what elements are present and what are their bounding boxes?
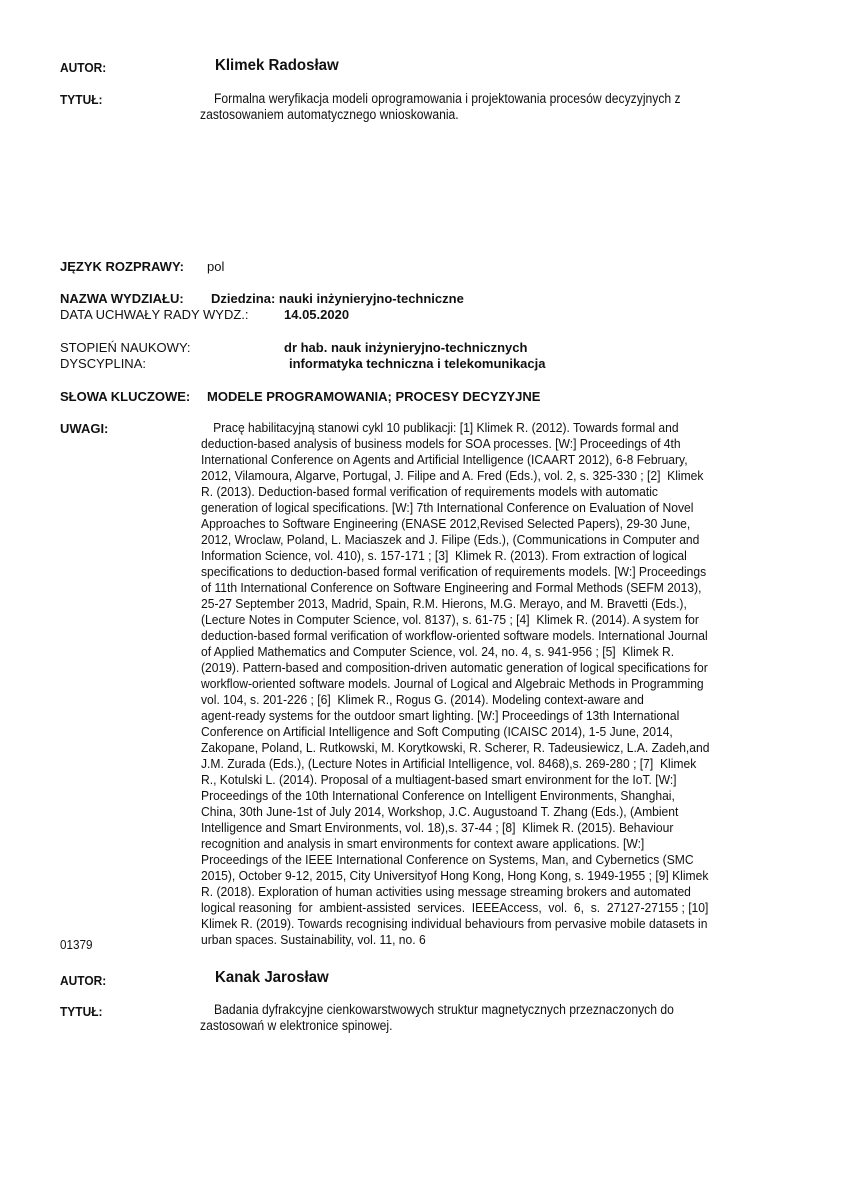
record-number: 01379 — [60, 937, 93, 952]
notes-line: specifications to deduction-based formal… — [201, 564, 759, 580]
keywords-value: MODELE PROGRAMOWANIA; PROCESY DECYZYJNE — [207, 389, 540, 404]
title-line-1: Formalna weryfikacja modeli oprogramowan… — [214, 91, 681, 106]
keywords-label: SŁOWA KLUCZOWE: — [60, 389, 190, 404]
language-value: pol — [207, 259, 224, 274]
notes-line: vol. 104, s. 201-226 ; [6] Klimek R., Ro… — [201, 692, 759, 708]
title-line-2: zastosowaniem automatycznego wnioskowani… — [200, 107, 459, 122]
notes-line: 2015), October 9-12, 2015, City Universi… — [201, 868, 759, 884]
notes-line: urban spaces. Sustainability, vol. 11, n… — [201, 932, 759, 948]
notes-line: logical reasoning for ambient-assisted s… — [201, 900, 759, 916]
notes-line: Intelligence and Smart Environments, vol… — [201, 820, 759, 836]
notes-line: R. (2013). Deduction-based formal verifi… — [201, 484, 759, 500]
author-name-2: Kanak Jarosław — [215, 969, 329, 987]
notes-line: R. (2018). Exploration of human activiti… — [201, 884, 759, 900]
notes-line: Conference on Artificial Intelligence an… — [201, 724, 759, 740]
notes-line: Zakopane, Poland, L. Rutkowski, M. Koryt… — [201, 740, 759, 756]
title-2-line-1: Badania dyfrakcyjne cienkowarstwowych st… — [214, 1002, 674, 1017]
notes-text: Pracę habilitacyjną stanowi cykl 10 publ… — [201, 420, 801, 948]
notes-line: Information Science, vol. 410), s. 157-1… — [201, 548, 759, 564]
faculty-label: NAZWA WYDZIAŁU: — [60, 291, 184, 306]
resolution-date-value: 14.05.2020 — [284, 307, 349, 322]
notes-line: J.M. Zurada (Eds.), (Lecture Notes in Ar… — [201, 756, 759, 772]
notes-line: of Applied Mathematics and Computer Scie… — [201, 644, 759, 660]
title-label-2: TYTUŁ: — [60, 1004, 103, 1019]
author-label: AUTOR: — [60, 60, 106, 75]
discipline-value: informatyka techniczna i telekomunikacja — [289, 356, 545, 371]
notes-line: 2012, Vilamoura, Algarve, Portugal, J. F… — [201, 468, 759, 484]
notes-line: deduction-based formal verification of w… — [201, 628, 759, 644]
notes-line: Approaches to Software Engineering (ENAS… — [201, 516, 759, 532]
notes-line: International Conference on Agents and A… — [201, 452, 759, 468]
author-label-2: AUTOR: — [60, 973, 106, 988]
language-label: JĘZYK ROZPRAWY: — [60, 259, 184, 274]
notes-line: (Lecture Notes in Computer Science, vol.… — [201, 612, 759, 628]
degree-label: STOPIEŃ NAUKOWY: — [60, 340, 191, 355]
notes-line: China, 30th June-1st of July 2014, Works… — [201, 804, 759, 820]
notes-line: agent-ready systems for the outdoor smar… — [201, 708, 759, 724]
notes-line: Klimek R. (2019). Towards recognising in… — [201, 916, 759, 932]
notes-line: R., Kotulski L. (2014). Proposal of a mu… — [201, 772, 759, 788]
notes-line: Proceedings of the 10th International Co… — [201, 788, 759, 804]
notes-line: deduction-based analysis of business mod… — [201, 436, 759, 452]
notes-line: 25-27 September 2013, Madrid, Spain, R.M… — [201, 596, 759, 612]
degree-value: dr hab. nauk inżynieryjno-technicznych — [284, 340, 527, 355]
notes-line: Proceedings of the IEEE International Co… — [201, 852, 759, 868]
resolution-date-label: DATA UCHWAŁY RADY WYDZ.: — [60, 307, 249, 322]
author-name: Klimek Radosław — [215, 57, 339, 75]
notes-line: recognition and analysis in smart enviro… — [201, 836, 759, 852]
title-2-line-2: zastosowań w elektronice spinowej. — [200, 1018, 392, 1033]
notes-line: workflow-oriented software models. Journ… — [201, 676, 759, 692]
discipline-label: DYSCYPLINA: — [60, 356, 146, 371]
faculty-value: Dziedzina: nauki inżynieryjno-techniczne — [211, 291, 464, 306]
notes-line: Pracę habilitacyjną stanowi cykl 10 publ… — [201, 420, 759, 436]
notes-line: of 11th International Conference on Soft… — [201, 580, 759, 596]
title-label: TYTUŁ: — [60, 92, 103, 107]
notes-line: generation of logical specifications. [W… — [201, 500, 759, 516]
notes-line: 2012, Wroclaw, Poland, L. Maciaszek and … — [201, 532, 759, 548]
notes-label: UWAGI: — [60, 421, 108, 436]
notes-line: (2019). Pattern-based and composition-dr… — [201, 660, 759, 676]
